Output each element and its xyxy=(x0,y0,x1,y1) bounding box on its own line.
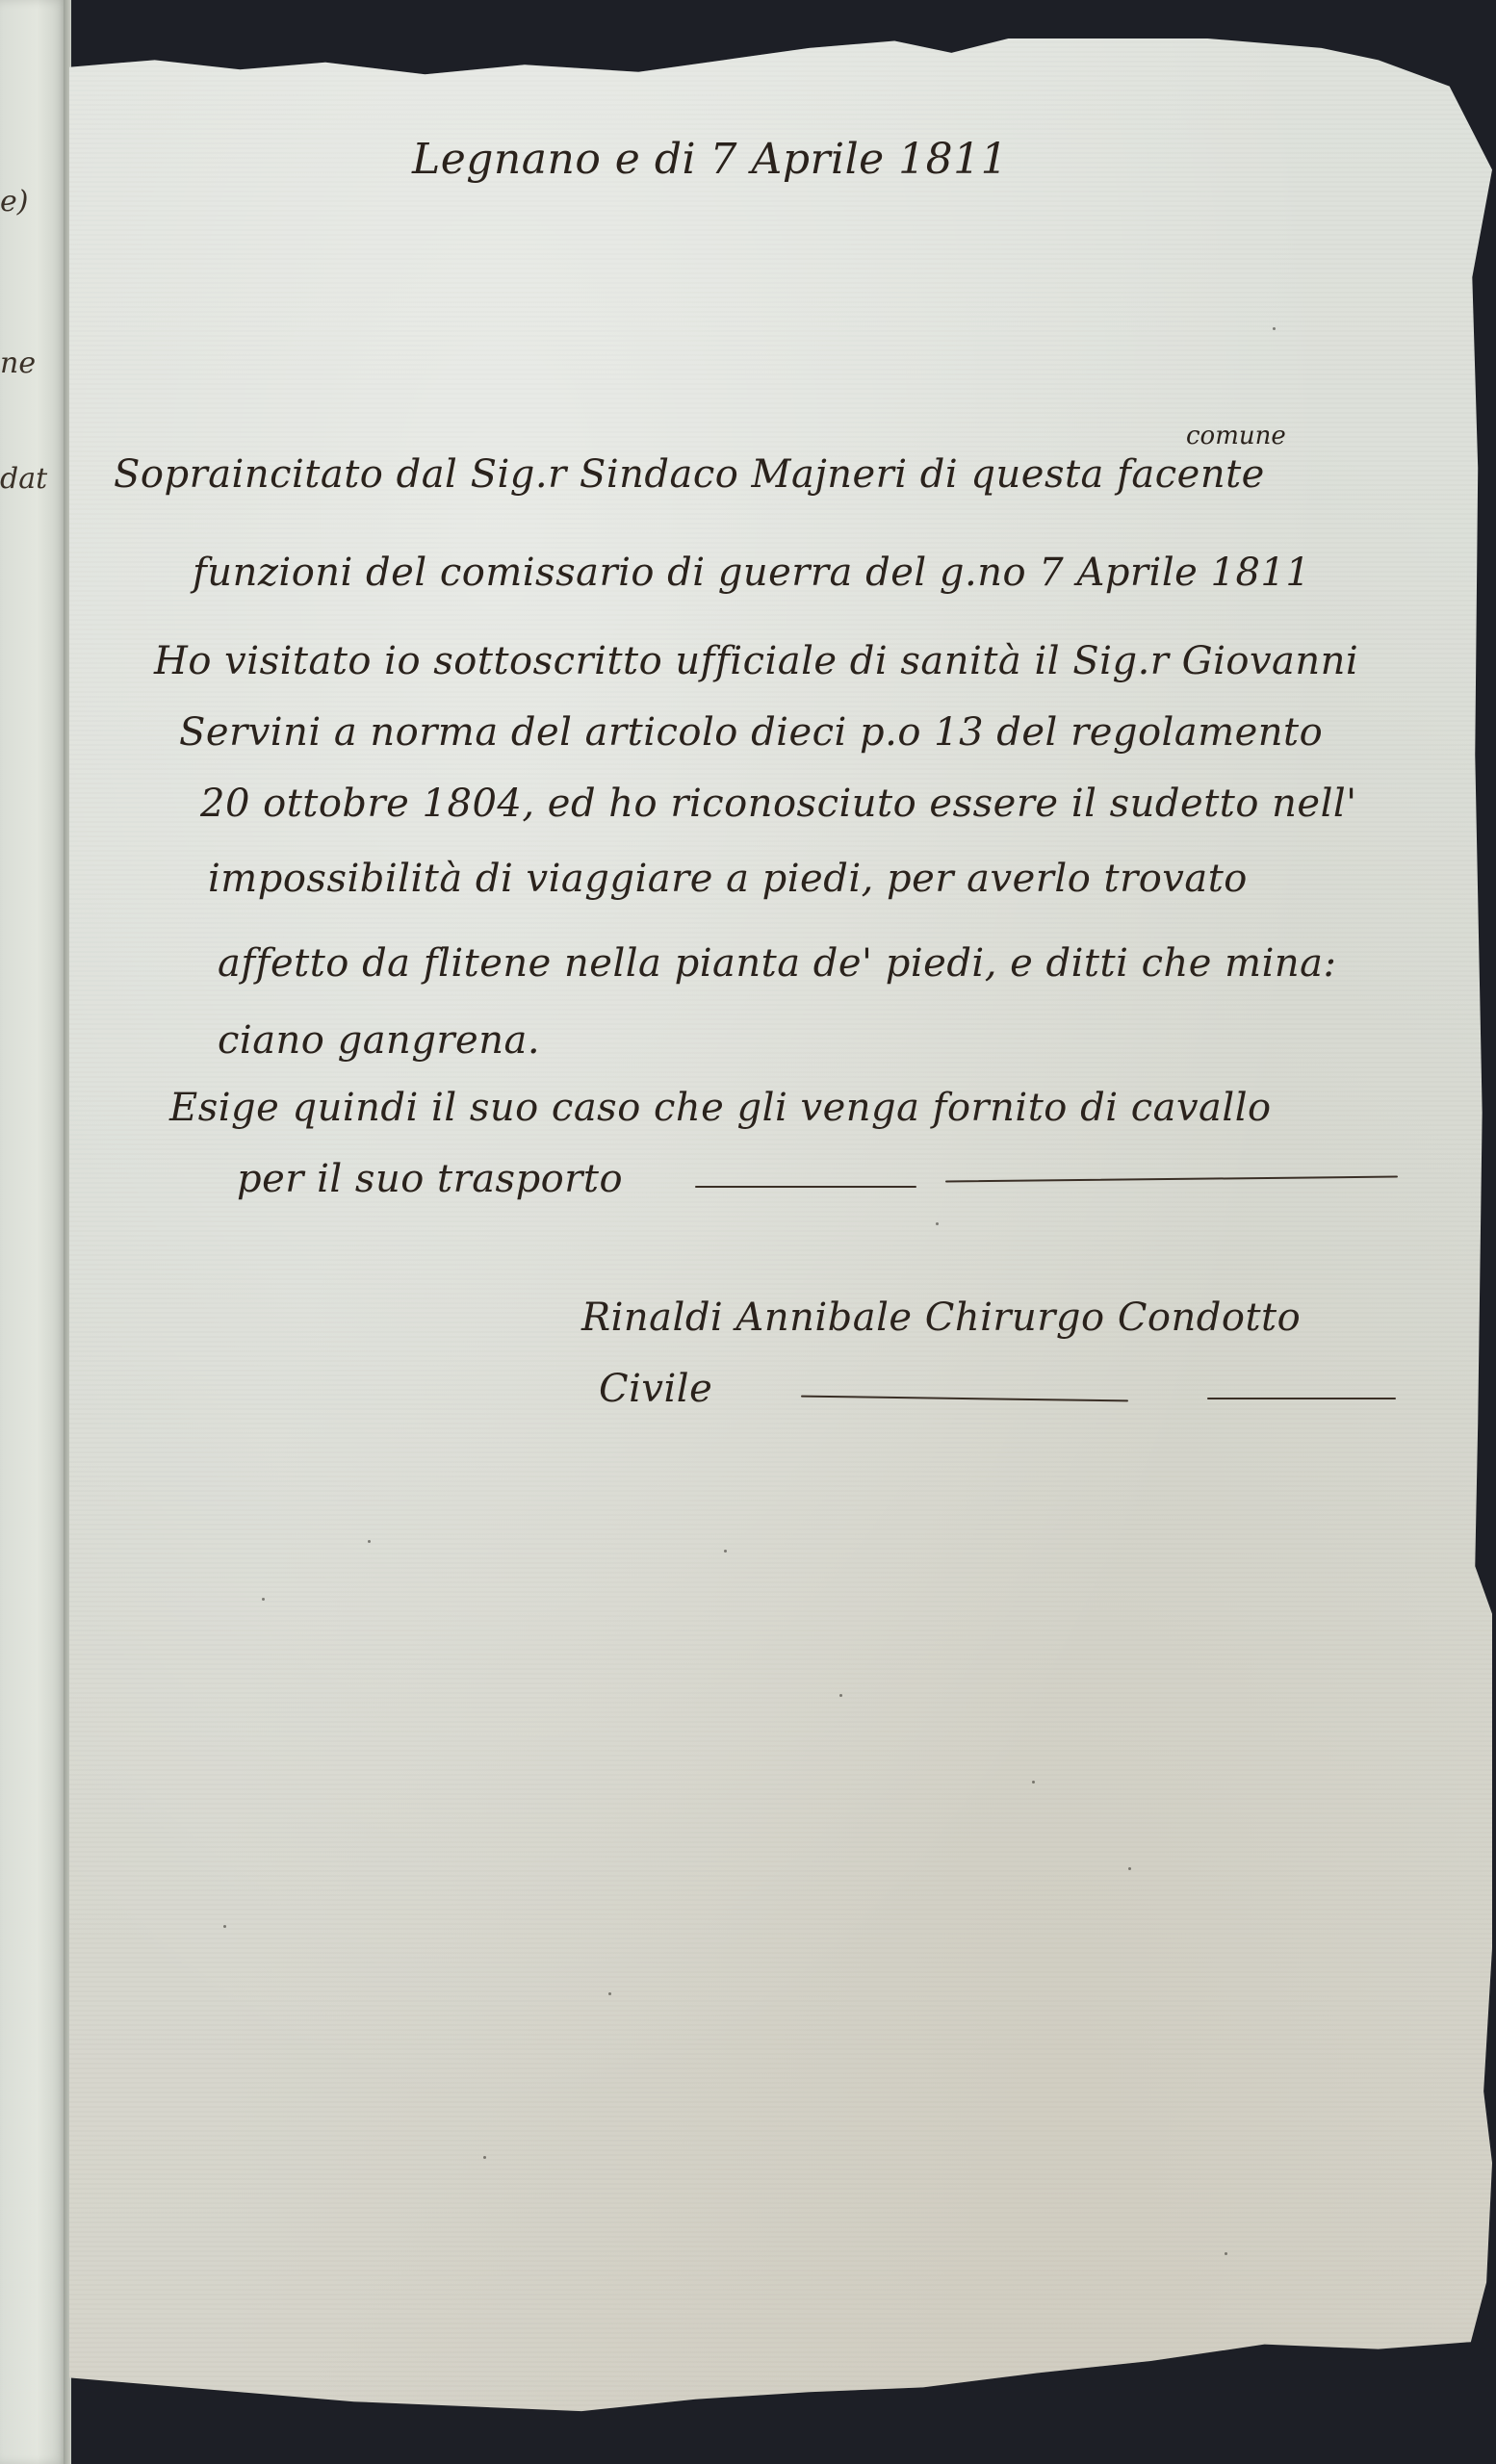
closing-flourish-line xyxy=(695,1186,916,1188)
body-line-1: Sopraincitato dal Sig.r Sindaco Majneri … xyxy=(114,452,1265,497)
body-line-4: Servini a norma del articolo dieci p.o 1… xyxy=(179,710,1323,755)
signature-flourish-line xyxy=(1207,1398,1396,1399)
signature-title: Civile xyxy=(599,1367,712,1411)
signature-name: Rinaldi Annibale Chirurgo Condotto xyxy=(581,1296,1301,1340)
body-line-5: 20 ottobre 1804, ed ho riconosciuto esse… xyxy=(200,782,1357,826)
body-line-7: affetto da flitene nella pianta de' pied… xyxy=(218,941,1336,986)
body-line-8: ciano gangrena. xyxy=(218,1018,540,1063)
body-line-2: funzioni del comissario di guerra del g.… xyxy=(193,551,1310,595)
letter-heading-date: Legnano e di 7 Aprile 1811 xyxy=(412,135,1008,184)
body-line-9: Esige quindi il suo caso che gli venga f… xyxy=(169,1086,1272,1130)
adjacent-page-fragment: e) xyxy=(0,185,28,218)
manuscript-page xyxy=(69,38,1492,2425)
body-line-10: per il suo trasporto xyxy=(237,1157,623,1201)
adjacent-page-fragment: ne xyxy=(0,346,36,380)
adjacent-page-edge: e) ne dat xyxy=(0,0,67,2464)
body-line-6: impossibilità di viaggiare a piedi, per … xyxy=(208,857,1248,901)
body-line-3: Ho visitato io sottoscritto ufficiale di… xyxy=(154,639,1358,683)
interlinear-insertion: comune xyxy=(1186,422,1286,450)
adjacent-page-fragment: dat xyxy=(0,462,47,496)
